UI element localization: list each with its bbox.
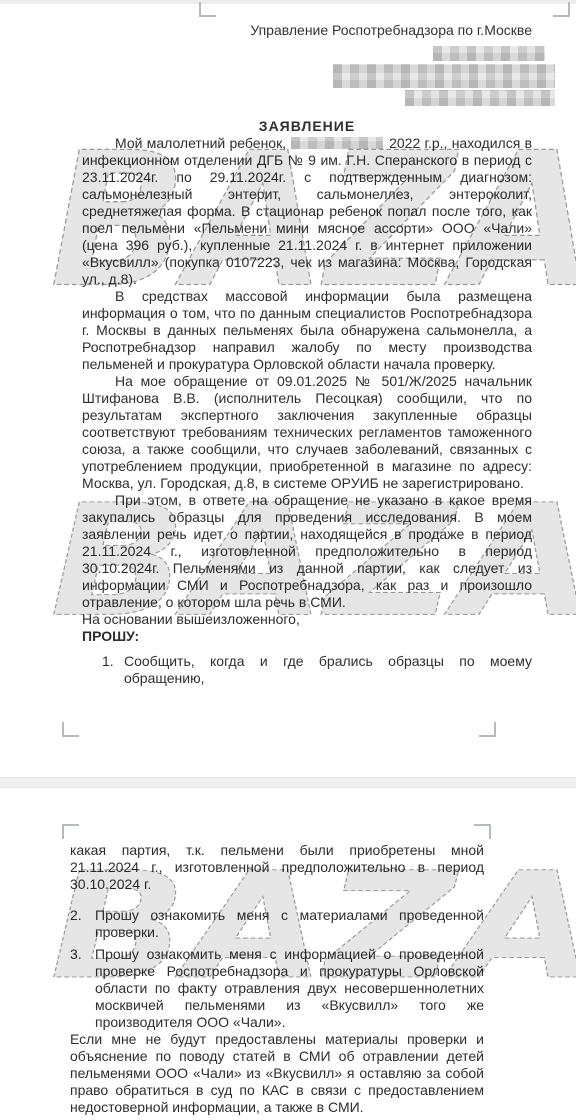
request-item-1-number: 1. bbox=[102, 653, 124, 687]
document-title: ЗАЯВЛЕНИЕ bbox=[82, 118, 532, 135]
paragraph-intro-start: Мой малолетний ребенок, bbox=[115, 135, 286, 151]
page-1: Управление Роспотребнадзора по г.Москве … bbox=[82, 22, 532, 687]
recipient-line: Управление Роспотребнадзора по г.Москве bbox=[82, 22, 532, 39]
paragraph-response: На мое обращение от 09.01.2025 № 501/Ж/2… bbox=[82, 373, 532, 492]
page-corner-mark bbox=[199, 2, 216, 17]
request-item-2-number: 2. bbox=[70, 907, 95, 941]
closing-paragraph: Если мне не будут предоставлены материал… bbox=[70, 1031, 484, 1116]
request-item-3: 3. Прошу ознакомить меня с информацией о… bbox=[70, 946, 484, 1031]
page-corner-mark bbox=[62, 722, 79, 737]
page-corner-mark bbox=[479, 722, 496, 737]
page-corner-mark bbox=[62, 824, 79, 839]
paragraph-media: В средствах массовой информации была раз… bbox=[82, 288, 532, 373]
request-item-1-text: Сообщить, когда и где брались образцы по… bbox=[124, 653, 532, 687]
request-item-2: 2. Прошу ознакомить меня с материалами п… bbox=[70, 907, 484, 941]
paragraph-batch: При этом, в ответе на обращение не указа… bbox=[82, 492, 532, 611]
paragraph-intro-rest: 2022 г.р., находился в инфекционном отде… bbox=[82, 135, 532, 287]
redacted-child-name bbox=[291, 137, 383, 149]
page-corner-mark bbox=[553, 2, 570, 17]
basis-line: На основании вышеизложенного, bbox=[82, 611, 532, 628]
page-separator bbox=[0, 777, 576, 788]
document-photo: Управление Роспотребнадзора по г.Москве … bbox=[0, 0, 576, 1120]
request-item-1: 1. Сообщить, когда и где брались образцы… bbox=[82, 653, 532, 687]
page-corner-mark bbox=[474, 824, 491, 839]
request-item-1-continuation: какая партия, т.к. пельмени были приобре… bbox=[70, 842, 484, 893]
request-heading: ПРОШУ: bbox=[82, 628, 532, 645]
request-item-2-text: Прошу ознакомить меня с материалами пров… bbox=[95, 907, 484, 941]
request-item-3-text: Прошу ознакомить меня с информацией о пр… bbox=[95, 946, 484, 1031]
photo-edge-strip bbox=[0, 0, 576, 4]
paragraph-intro: Мой малолетний ребенок,2022 г.р., находи… bbox=[82, 135, 532, 288]
page-2: какая партия, т.к. пельмени были приобре… bbox=[70, 842, 484, 1116]
request-item-3-number: 3. bbox=[70, 946, 95, 1031]
